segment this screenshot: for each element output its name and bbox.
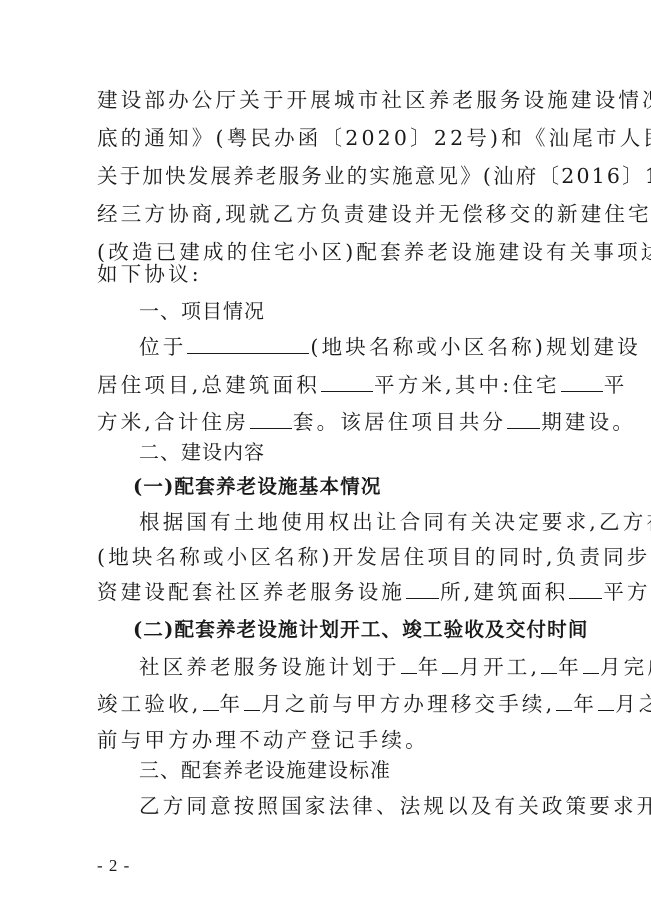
standards-line-1: 乙方同意按照国家法律、法规以及有关政策要求开展配 — [139, 793, 609, 819]
blank-plot-name[interactable] — [187, 334, 309, 354]
schedule-line-3: 前与甲方办理不动产登记手续。 — [97, 727, 567, 753]
body-line-2: 底的通知》(粤民办函〔2020〕22号)和《汕尾市人民政府 — [97, 125, 567, 151]
text-fragment: 平 — [604, 373, 628, 397]
blank-registration-month[interactable] — [598, 691, 614, 711]
body-line-3: 关于加快发展养老服务业的实施意见》(汕府〔2016〕15号), — [97, 163, 567, 189]
blank-complete-month[interactable] — [583, 654, 599, 674]
project-location-line: 位于(地块名称或小区名称)规划建设 — [139, 334, 609, 360]
section-heading-project: 一、项目情况 — [139, 298, 609, 324]
text-fragment: 年 — [573, 692, 597, 716]
text-fragment: 方米,合计住房 — [97, 410, 249, 434]
text-fragment: 年 — [418, 655, 442, 679]
basic-line-3: 资建设配套社区养老服务设施所,建筑面积平方米。 — [97, 579, 577, 605]
text-fragment: 套。该居住项目共分 — [293, 410, 506, 434]
text-fragment: 月完成 — [600, 655, 651, 679]
text-fragment: 年 — [558, 655, 582, 679]
text-fragment: 期建设。 — [541, 410, 636, 434]
basic-line-2: (地块名称或小区名称)开发居住项目的同时,负责同步投 — [97, 544, 567, 570]
text-fragment: 社区养老服务设施计划于 — [139, 655, 400, 679]
schedule-line-1: 社区养老服务设施计划于年月开工,年月完成 — [139, 654, 609, 680]
text-fragment: (地块名称或小区名称)规划建设 — [310, 335, 641, 359]
blank-start-year[interactable] — [401, 654, 417, 674]
text-fragment: 竣工验收, — [97, 692, 202, 716]
page-number: - 2 - — [97, 856, 130, 876]
blank-phases[interactable] — [507, 409, 540, 429]
blank-transfer-month[interactable] — [244, 691, 260, 711]
section-heading-content: 二、建设内容 — [139, 439, 609, 465]
document-page: 建设部办公厅关于开展城市社区养老服务设施建设情况摸 底的通知》(粤民办函〔202… — [0, 0, 651, 922]
project-units-line: 方米,合计住房套。该居住项目共分期建设。 — [97, 409, 567, 435]
blank-facility-count[interactable] — [406, 579, 439, 599]
text-fragment: 位于 — [139, 335, 186, 359]
text-fragment: 居住项目,总建筑面积 — [97, 373, 320, 397]
text-fragment: 月之 — [615, 692, 651, 716]
basic-line-1: 根据国有土地使用权出让合同有关决定要求,乙方在 — [139, 509, 609, 535]
body-line-4: 经三方协商,现就乙方负责建设并无偿移交的新建住宅小区 — [97, 201, 567, 227]
text-fragment: 月开工, — [459, 655, 540, 679]
blank-facility-area[interactable] — [569, 579, 602, 599]
blank-start-month[interactable] — [442, 654, 458, 674]
project-area-line: 居住项目,总建筑面积平方米,其中:住宅平 — [97, 372, 567, 398]
subsection-heading-schedule: (二)配套养老设施计划开工、竣工验收及交付时间 — [133, 617, 603, 643]
text-fragment: 月之前与甲方办理移交手续, — [261, 692, 555, 716]
text-fragment: 平方米。 — [603, 580, 651, 604]
blank-total-area[interactable] — [321, 372, 373, 392]
schedule-line-2: 竣工验收,年月之前与甲方办理移交手续,年月之 — [97, 691, 567, 717]
text-fragment: 资建设配套社区养老服务设施 — [97, 580, 405, 604]
blank-complete-year[interactable] — [541, 654, 557, 674]
text-fragment: 平方米,其中:住宅 — [374, 373, 560, 397]
blank-housing-units[interactable] — [250, 409, 292, 429]
text-fragment: 年 — [220, 692, 244, 716]
text-fragment: 所,建筑面积 — [440, 580, 568, 604]
body-line-1: 建设部办公厅关于开展城市社区养老服务设施建设情况摸 — [97, 87, 567, 113]
blank-transfer-year[interactable] — [203, 691, 219, 711]
body-line-6: 如下协议: — [97, 261, 567, 287]
blank-registration-year[interactable] — [556, 691, 572, 711]
subsection-heading-basic: (一)配套养老设施基本情况 — [133, 474, 603, 500]
section-heading-standards: 三、配套养老设施建设标准 — [139, 757, 609, 783]
blank-residential-area[interactable] — [561, 372, 603, 392]
